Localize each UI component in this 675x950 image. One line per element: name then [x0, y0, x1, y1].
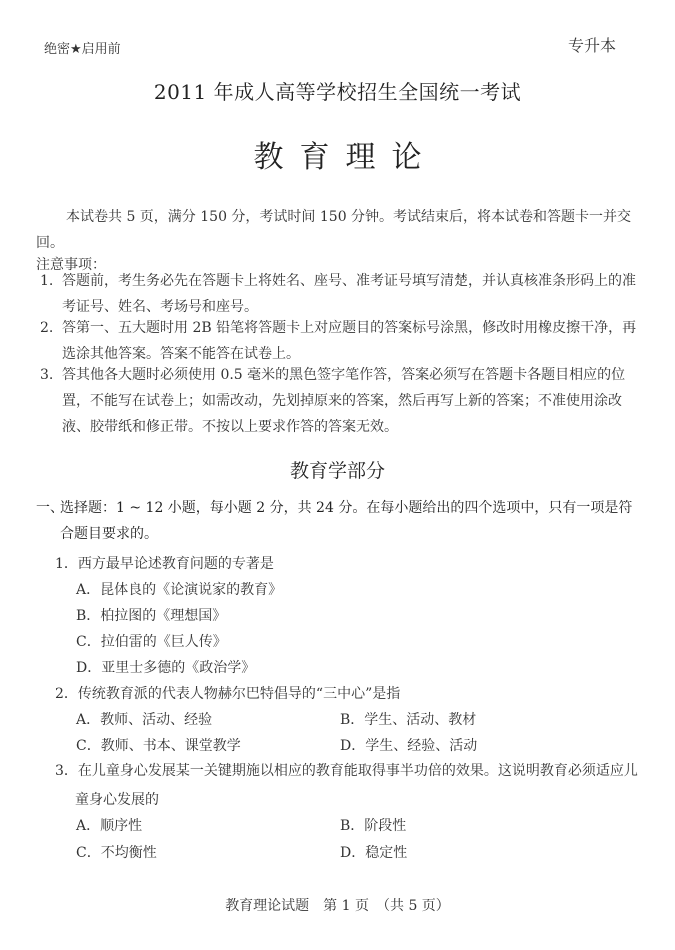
- question-stem: 2．传统教育派的代表人物赫尔巴特倡导的“三中心”是指: [55, 683, 400, 703]
- option-b: B．阶段性: [340, 815, 406, 835]
- note-text: 答题前，考生务必先在答题卡上将姓名、座号、准考证号填写清楚，并认真核准条形码上的…: [62, 268, 640, 320]
- note-number: 3.: [40, 362, 53, 388]
- option-d: D．稳定性: [340, 842, 407, 862]
- note-number: 1.: [40, 268, 53, 294]
- page-footer: 教育理论试题 第 1 页 （共 5 页）: [0, 895, 675, 915]
- option-c: C．教师、书本、课堂教学: [76, 735, 241, 755]
- part-instruction: 一、 选择题：1 ~ 12 小题，每小题 2 分，共 24 分。在每小题给出的四…: [36, 495, 640, 547]
- option-a: A．顺序性: [76, 815, 142, 835]
- section-title: 教育学部分: [0, 456, 675, 483]
- note-item: 2. 答第一、五大题时用 2B 铅笔将答题卡上对应题目的答案标号涂黑，修改时用橡…: [36, 315, 640, 367]
- option-a: A．昆体良的《论演说家的教育》: [76, 579, 282, 599]
- question-stem-text: 3．在儿童身心发展某一关键期施以相应的教育能取得事半功倍的效果。这说明教育必须适…: [55, 757, 645, 815]
- option-c: C．拉伯雷的《巨人传》: [76, 631, 227, 651]
- option-d: D．学生、经验、活动: [340, 735, 477, 755]
- option-c: C．不均衡性: [76, 842, 157, 862]
- question-stem: 1．西方最早论述教育问题的专著是: [55, 553, 274, 573]
- confidential-label: 绝密★启用前: [44, 38, 121, 57]
- note-text: 答第一、五大题时用 2B 铅笔将答题卡上对应题目的答案标号涂黑，修改时用橡皮擦干…: [62, 315, 640, 367]
- note-item: 1. 答题前，考生务必先在答题卡上将姓名、座号、准考证号填写清楚，并认真核准条形…: [36, 268, 640, 320]
- option-d: D．亚里士多德的《政治学》: [76, 657, 255, 677]
- option-b: B．学生、活动、教材: [340, 709, 476, 729]
- intro-paragraph: 本试卷共 5 页，满分 150 分，考试时间 150 分钟。考试结束后，将本试卷…: [36, 204, 636, 256]
- part-instruction-text: 选择题：1 ~ 12 小题，每小题 2 分，共 24 分。在每小题给出的四个选项…: [60, 495, 640, 547]
- question-stem: 3．在儿童身心发展某一关键期施以相应的教育能取得事半功倍的效果。这说明教育必须适…: [55, 757, 645, 815]
- exam-title: 2011 年成人高等学校招生全国统一考试: [0, 76, 675, 105]
- subject-title: 教育理论: [0, 132, 675, 176]
- option-b: B．柏拉图的《理想国》: [76, 605, 226, 625]
- exam-level-label: 专升本: [568, 33, 616, 56]
- note-number: 2.: [40, 315, 53, 341]
- part-number: 一、: [36, 495, 64, 521]
- note-text: 答其他各大题时必须使用 0.5 毫米的黑色签字笔作答，答案必须写在答题卡各题目相…: [62, 362, 640, 440]
- option-a: A．教师、活动、经验: [76, 709, 212, 729]
- note-item: 3. 答其他各大题时必须使用 0.5 毫米的黑色签字笔作答，答案必须写在答题卡各…: [36, 362, 640, 440]
